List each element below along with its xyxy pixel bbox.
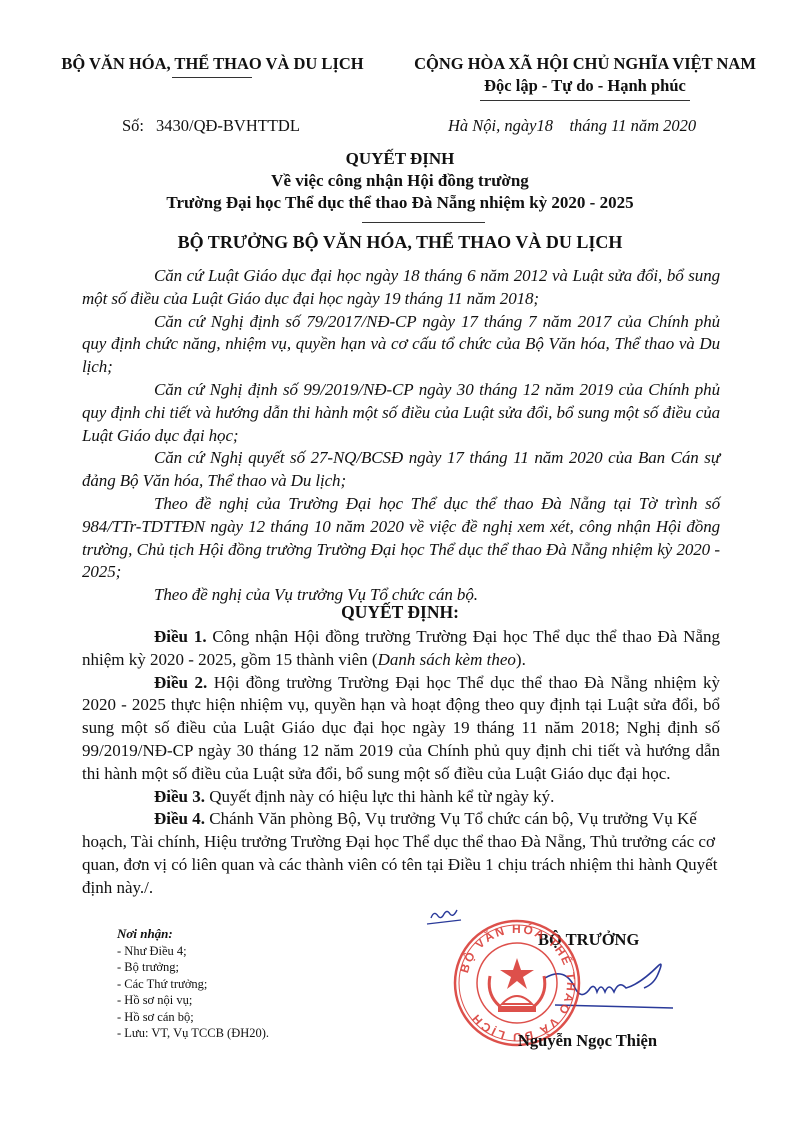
recipients-heading: Nơi nhận:	[117, 926, 269, 943]
country-name: CỘNG HÒA XÃ HỘI CHỦ NGHĨA VIỆT NAM	[395, 54, 775, 74]
official-seal-icon: BỘ VĂN HÓA THỂ THAO VÀ DU LỊCH	[452, 918, 582, 1048]
article-label: Điều 1.	[154, 627, 207, 646]
authority-heading: BỘ TRƯỞNG BỘ VĂN HÓA, THỂ THAO VÀ DU LỊC…	[60, 232, 740, 253]
agency-underline	[172, 77, 252, 78]
number-value: 3430/QĐ-BVHTTDL	[156, 116, 300, 135]
document-number: Số:3430/QĐ-BVHTTDL	[122, 116, 300, 136]
preamble-item: Căn cứ Luật Giáo dục đại học ngày 18 thá…	[82, 265, 720, 311]
subject-line-2: Trường Đại học Thể dục thể thao Đà Nẵng …	[60, 192, 740, 214]
recipient-item: - Hồ sơ cán bộ;	[117, 1009, 269, 1026]
decision-heading: QUYẾT ĐỊNH:	[60, 602, 740, 623]
article-label: Điều 2.	[154, 673, 207, 692]
recipient-item: - Lưu: VT, Vụ TCCB (ĐH20).	[117, 1025, 269, 1042]
number-label: Số:	[122, 116, 144, 135]
national-motto: Độc lập - Tự do - Hạnh phúc	[395, 76, 775, 96]
issuing-agency: BỘ VĂN HÓA, THỂ THAO VÀ DU LỊCH	[40, 54, 385, 74]
article-label: Điều 3.	[154, 787, 205, 806]
recipients-list: Nơi nhận: - Như Điều 4; - Bộ trưởng; - C…	[117, 926, 269, 1042]
recipient-item: - Hồ sơ nội vụ;	[117, 992, 269, 1009]
place-date: Hà Nội, ngày18 tháng 11 năm 2020	[448, 116, 696, 136]
article-3: Điều 3. Quyết định này có hiệu lực thi h…	[82, 786, 720, 809]
recipient-item: - Bộ trưởng;	[117, 959, 269, 976]
title-underline	[362, 222, 485, 223]
preamble-item: Căn cứ Nghị định số 79/2017/NĐ-CP ngày 1…	[82, 311, 720, 379]
signer-name: Nguyễn Ngọc Thiện	[518, 1031, 657, 1051]
article-label: Điều 4.	[154, 809, 205, 828]
preamble-item: Căn cứ Nghị định số 99/2019/NĐ-CP ngày 3…	[82, 379, 720, 447]
title-block: QUYẾT ĐỊNH Về việc công nhận Hội đồng tr…	[60, 148, 740, 214]
article-4: Điều 4. Chánh Văn phòng Bộ, Vụ trưởng Vụ…	[82, 808, 720, 899]
preamble-item: Theo đề nghị của Trường Đại học Thể dục …	[82, 493, 720, 584]
preamble-item: Căn cứ Nghị quyết số 27-NQ/BCSĐ ngày 17 …	[82, 447, 720, 493]
preamble: Căn cứ Luật Giáo dục đại học ngày 18 thá…	[82, 265, 720, 607]
doc-type: QUYẾT ĐỊNH	[60, 148, 740, 170]
motto-underline	[480, 100, 690, 101]
articles: Điều 1. Công nhận Hội đồng trường Trường…	[82, 626, 720, 900]
subject-line-1: Về việc công nhận Hội đồng trường	[60, 170, 740, 192]
article-1: Điều 1. Công nhận Hội đồng trường Trường…	[82, 626, 720, 672]
recipient-item: - Như Điều 4;	[117, 943, 269, 960]
recipient-item: - Các Thứ trưởng;	[117, 976, 269, 993]
article-2: Điều 2. Hội đồng trường Trường Đại học T…	[82, 672, 720, 786]
